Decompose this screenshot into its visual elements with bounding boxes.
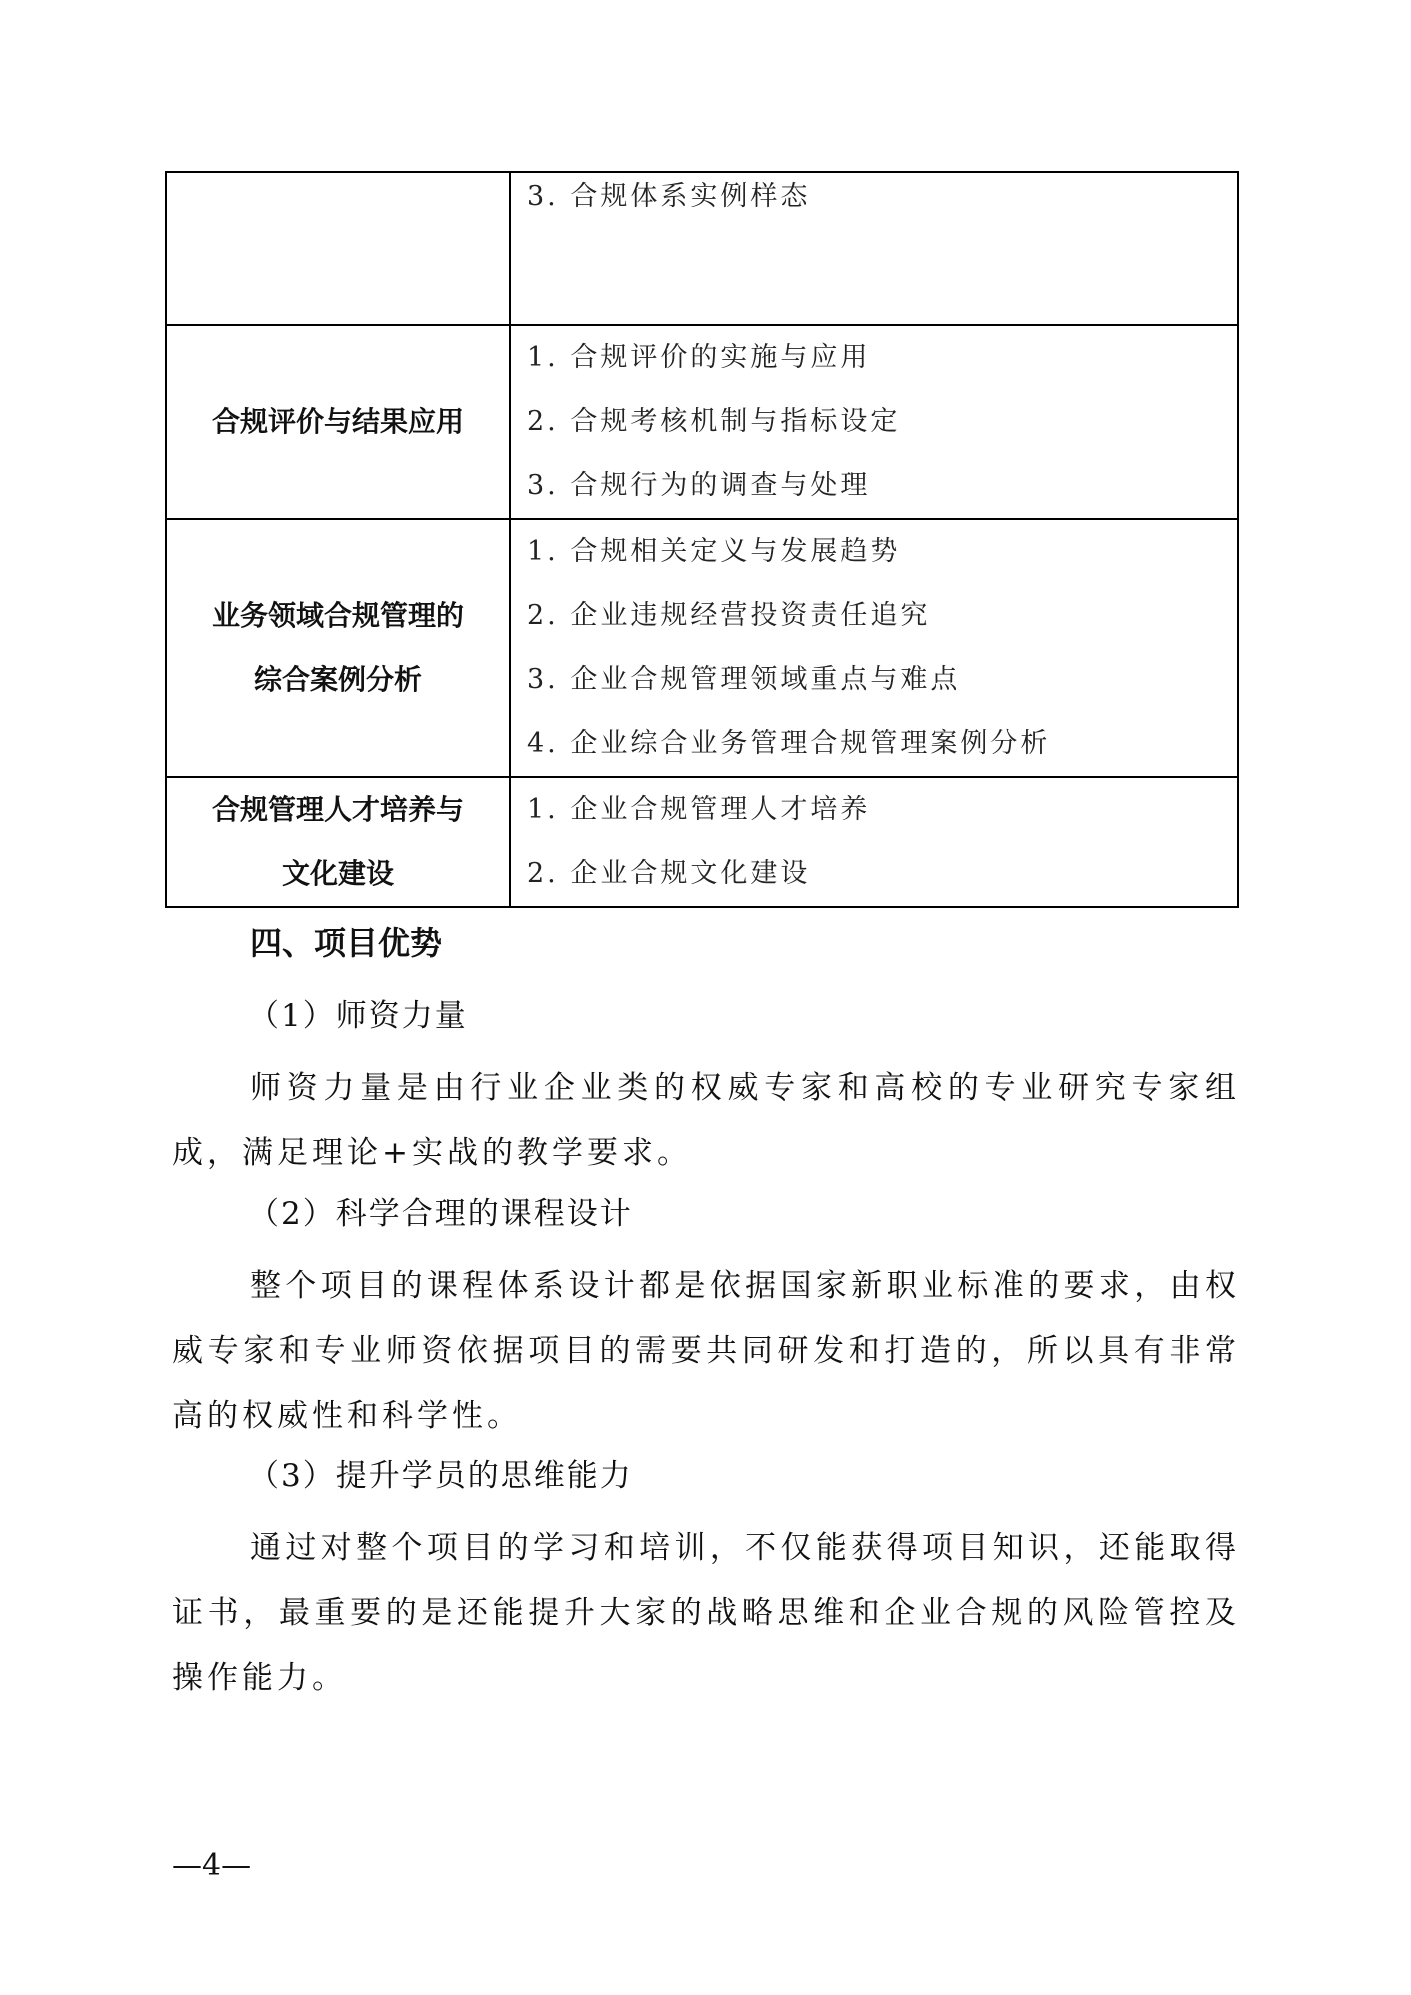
table-row: 合规评价与结果应用 1. 合规评价的实施与应用 2. 合规考核机制与指标设定 3… bbox=[167, 324, 1237, 518]
subsection-title: （3）提升学员的思维能力 bbox=[248, 1450, 633, 1495]
page-number: —4— bbox=[172, 1848, 251, 1883]
table-row: 3. 合规体系实例样态 bbox=[167, 173, 1237, 324]
curriculum-table: 3. 合规体系实例样态 合规评价与结果应用 1. 合规评价的实施与应用 2. 合… bbox=[165, 171, 1239, 908]
section-heading: 四、项目优势 bbox=[250, 918, 442, 964]
topic-cell: 合规管理人才培养与 文化建设 bbox=[167, 778, 511, 906]
paragraph: 整个项目的课程体系设计都是依据国家新职业标准的要求，由权威专家和专业师资依据项目… bbox=[172, 1254, 1240, 1449]
topic-cell: 业务领域合规管理的 综合案例分析 bbox=[167, 520, 511, 776]
subsection-title: （1）师资力量 bbox=[248, 990, 468, 1035]
list-item: 3. 合规体系实例样态 bbox=[527, 173, 1237, 221]
list-item: 2. 合规考核机制与指标设定 bbox=[527, 390, 1237, 454]
topic-cell bbox=[167, 173, 511, 324]
topic-label: 合规评价与结果应用 bbox=[212, 390, 464, 454]
topic-label: 文化建设 bbox=[282, 842, 394, 906]
items-cell: 1. 企业合规管理人才培养 2. 企业合规文化建设 bbox=[511, 778, 1237, 906]
list-item: 3. 合规行为的调查与处理 bbox=[527, 454, 1237, 518]
table-row: 合规管理人才培养与 文化建设 1. 企业合规管理人才培养 2. 企业合规文化建设 bbox=[167, 776, 1237, 906]
list-item: 2. 企业合规文化建设 bbox=[527, 842, 1237, 906]
items-cell: 1. 合规评价的实施与应用 2. 合规考核机制与指标设定 3. 合规行为的调查与… bbox=[511, 326, 1237, 518]
list-item: 1. 企业合规管理人才培养 bbox=[527, 778, 1237, 842]
paragraph: 师资力量是由行业企业类的权威专家和高校的专业研究专家组成，满足理论+实战的教学要… bbox=[172, 1056, 1240, 1186]
items-cell: 3. 合规体系实例样态 bbox=[511, 173, 1237, 324]
list-item: 4. 企业综合业务管理合规管理案例分析 bbox=[527, 712, 1237, 776]
topic-label: 合规管理人才培养与 bbox=[212, 778, 464, 842]
list-item: 1. 合规相关定义与发展趋势 bbox=[527, 520, 1237, 584]
subsection-title: （2）科学合理的课程设计 bbox=[248, 1188, 633, 1233]
items-cell: 1. 合规相关定义与发展趋势 2. 企业违规经营投资责任追究 3. 企业合规管理… bbox=[511, 520, 1237, 776]
paragraph: 通过对整个项目的学习和培训，不仅能获得项目知识，还能取得证书，最重要的是还能提升… bbox=[172, 1516, 1240, 1711]
list-item: 3. 企业合规管理领域重点与难点 bbox=[527, 648, 1237, 712]
topic-cell: 合规评价与结果应用 bbox=[167, 326, 511, 518]
topic-label: 业务领域合规管理的 bbox=[212, 584, 464, 648]
topic-label: 综合案例分析 bbox=[254, 648, 422, 712]
list-item: 1. 合规评价的实施与应用 bbox=[527, 326, 1237, 390]
list-item: 2. 企业违规经营投资责任追究 bbox=[527, 584, 1237, 648]
table-row: 业务领域合规管理的 综合案例分析 1. 合规相关定义与发展趋势 2. 企业违规经… bbox=[167, 518, 1237, 776]
